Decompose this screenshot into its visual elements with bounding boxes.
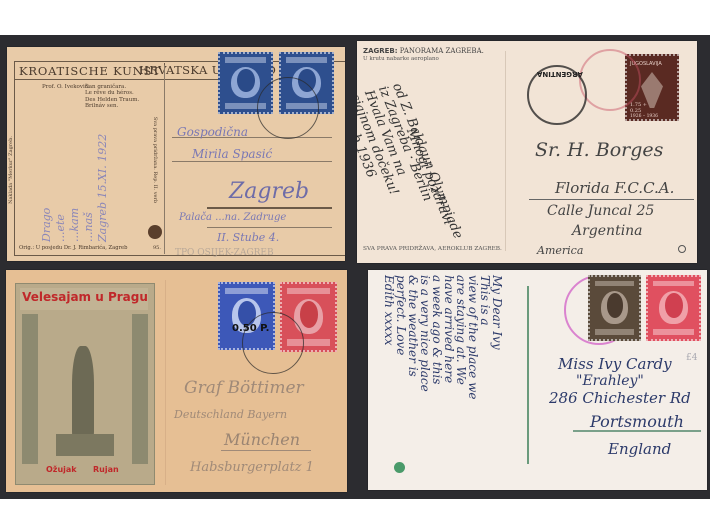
caption: ZAGREB: PANORAMA ZAGREBA. xyxy=(363,47,484,55)
postmark-circle xyxy=(257,77,319,139)
address-line-1: Gospodična xyxy=(177,125,248,139)
footer-rights: SVA PRAVA PRIDRŽAVA, AEROKLUB ZAGREB. xyxy=(363,246,502,252)
address-line-1: Sr. H. Borges xyxy=(535,139,663,161)
address-line-5: England xyxy=(608,440,671,458)
gothic-arch-right xyxy=(132,314,148,464)
address-line-2: "Erahley" xyxy=(576,373,644,389)
address-line-4: Habsburgerplatz 1 xyxy=(190,460,314,475)
address-line-2: Mirila Spasić xyxy=(192,147,272,161)
address-line-1: Graf Böttimer xyxy=(184,378,304,398)
artist-name: Prof. O. Ivekovič: xyxy=(42,84,90,90)
address-line-5: II. Stube 4. xyxy=(217,231,279,244)
label-rujan: Rujan xyxy=(93,465,119,474)
address-line-4: Palača ...na. Zadruge xyxy=(179,212,286,223)
address-line-5: America xyxy=(537,244,583,257)
small-circle-mark xyxy=(678,245,686,253)
statue-figure xyxy=(72,346,94,441)
stamp-brown-king xyxy=(588,275,641,341)
handwritten-message: My Dear Ivy This is a view of the place … xyxy=(383,275,503,485)
address-line-1: Miss Ivy Cardy xyxy=(558,355,672,373)
postcard-panorama-zagreba: ZAGREB: PANORAMA ZAGREBA. U krutu nabark… xyxy=(357,41,697,263)
illustration-panel: Velesajam u Pragu Ožujak Rujan xyxy=(15,283,155,485)
rights-vertical: Sva prava pridržana. Rep. II. verb xyxy=(152,117,158,203)
statue-base xyxy=(56,434,114,456)
publisher-logo xyxy=(148,225,162,239)
handwritten-message: Drago ...ete ...kam ...naš Zagreb 15.XI.… xyxy=(40,132,140,242)
original-note: Orig.: U posjedu Dr. J. Rimbarića, Zagre… xyxy=(19,245,127,251)
postmark-argentina: ARGENTINA xyxy=(527,65,587,125)
stamp-red-king xyxy=(646,275,701,341)
postcard-portsmouth: My Dear Ivy This is a view of the place … xyxy=(368,270,707,490)
postmark-circle xyxy=(242,312,304,374)
address-line-3: Zagreb xyxy=(229,179,309,204)
gothic-arch-left xyxy=(22,314,38,464)
postcard-kroatische-kunst: KROATISCHE KUNST HRVATSKA UMJETNO Prof. … xyxy=(7,47,345,261)
pencil-note: £4 xyxy=(686,353,697,363)
artwork-titles: San graničara. Le rêve du héros. Des Hel… xyxy=(85,84,139,110)
address-line-4: Portsmouth xyxy=(590,412,684,431)
card-number: 95. xyxy=(153,245,161,251)
handwritten-message: Mnogi pozdravi od Z. Baldaun Olympiade i… xyxy=(367,66,497,241)
subcaption: U krutu nabarke aeroplano xyxy=(363,56,439,62)
publisher-logo xyxy=(394,462,405,473)
fair-title: Velesajam u Pragu xyxy=(16,290,154,304)
address-line-2: Florida F.C.C.A. xyxy=(555,179,674,197)
postcard-velesajam-u-pragu: Velesajam u Pragu Ožujak Rujan 0.50 P. G… xyxy=(6,270,347,492)
address-line-2: Deutschland Bayern xyxy=(174,408,287,421)
address-line-3: München xyxy=(224,430,300,449)
address-line-3: Calle Juncal 25 xyxy=(547,203,654,219)
pencil-note: TPO OSIJEK-ZAGREB xyxy=(175,248,274,258)
publisher-vertical: Naklada "Merkur" Zagreb. xyxy=(8,136,14,204)
address-line-4: Argentina xyxy=(572,223,643,239)
postmark-red xyxy=(579,49,641,111)
label-ozujak: Ožujak xyxy=(46,465,77,474)
address-line-3: 286 Chichester Rd xyxy=(549,389,691,407)
